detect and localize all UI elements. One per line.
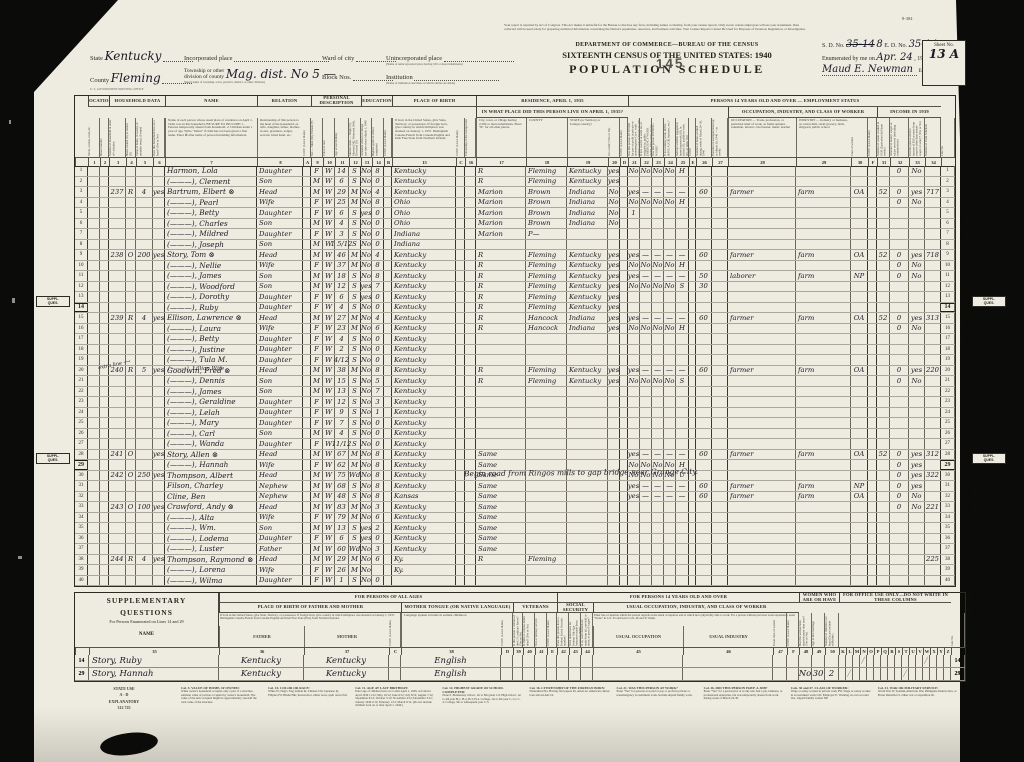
cell: No [608, 187, 620, 197]
cell [136, 481, 153, 491]
cell: S [349, 429, 361, 439]
cell [712, 502, 728, 512]
note-body: Enter age of children born on or after A… [355, 690, 435, 708]
cell [846, 655, 853, 667]
cell [728, 282, 796, 292]
cell [100, 166, 109, 176]
cell [796, 345, 851, 355]
cell [303, 334, 311, 344]
cell [136, 271, 153, 281]
cell: S [349, 219, 361, 229]
cell [303, 513, 311, 523]
cell: Kentucky [392, 187, 456, 197]
cell [728, 460, 796, 470]
cell [877, 565, 890, 575]
cell: Story, Ruby [89, 655, 219, 667]
cell [456, 240, 465, 250]
cell: No [361, 345, 372, 355]
cell [126, 240, 136, 250]
cell: — [640, 187, 652, 197]
column-number: D [620, 157, 628, 166]
cell [567, 492, 608, 502]
cell [136, 544, 153, 554]
cell [384, 555, 392, 565]
line-number: 21 [941, 376, 955, 386]
cell: F [311, 292, 323, 302]
cell [890, 240, 909, 250]
cell: F [311, 208, 323, 218]
cell: F [311, 324, 323, 334]
column-group-label: NAME [165, 96, 257, 107]
cell: No [361, 240, 372, 250]
cell: Fleming [526, 261, 567, 271]
cell [877, 229, 890, 239]
column-number: E [689, 157, 696, 166]
cell: Kentucky [392, 324, 456, 334]
supp-subband-label: USUAL OCCUPATION, INDUSTRY, AND CLASS OF… [593, 603, 799, 613]
cell [109, 292, 126, 302]
cell [88, 523, 100, 533]
line-number: 26 [941, 429, 955, 439]
cell [303, 439, 311, 449]
cell [888, 668, 895, 680]
cell [567, 355, 608, 365]
cell [153, 565, 165, 575]
cell [851, 198, 868, 208]
cell [890, 345, 909, 355]
cell [384, 387, 392, 397]
cell [384, 397, 392, 407]
cell [689, 555, 696, 565]
cell [640, 439, 652, 449]
column-group-label: PERSONS 14 YEARS OLD AND OVER — EMPLOYME… [628, 96, 941, 107]
cell: — [664, 271, 676, 281]
cell: F [311, 397, 323, 407]
column-number: 19 [567, 157, 608, 166]
cell [851, 219, 868, 229]
cell [664, 513, 676, 523]
column-description: Attended school or college any time sinc… [361, 118, 372, 157]
cell: 29 [75, 668, 89, 680]
cell: Wife [257, 565, 303, 575]
cell: yes [608, 177, 620, 187]
cell [136, 282, 153, 292]
cell: 12 [335, 282, 349, 292]
cell [593, 668, 683, 680]
cell [796, 261, 851, 271]
supp-column-number: 47 [773, 647, 787, 655]
cell [476, 240, 526, 250]
cell: Daughter [257, 408, 303, 418]
cell: No [628, 166, 640, 176]
cell: (———), Betty [165, 334, 257, 344]
column-number: 2 [100, 157, 109, 166]
population-schedule-table: LOCATIONHOUSEHOLD DATANAMERELATIONPERSON… [74, 95, 956, 587]
cell: 2 [825, 668, 839, 680]
cell [303, 313, 311, 323]
cell: yes [608, 250, 620, 260]
census-row: 12(———), WoodfordSonMW12Syes7KentuckyRFl… [75, 282, 955, 293]
cell [664, 544, 676, 554]
cell: 18 [335, 271, 349, 281]
cell: yes [909, 313, 925, 323]
cell [851, 544, 868, 554]
cell: R [476, 366, 526, 376]
cell: 26 [335, 565, 349, 575]
cell [620, 240, 628, 250]
cell [526, 450, 567, 460]
cell [712, 460, 728, 470]
cell [696, 387, 712, 397]
cell: (———), Justine [165, 345, 257, 355]
cell [728, 240, 796, 250]
cell: Cline, Ben [165, 492, 257, 502]
column-number: 34 [925, 157, 941, 166]
cell [88, 471, 100, 481]
cell: 2 [335, 345, 349, 355]
cell [640, 418, 652, 428]
cell: farmer [728, 492, 796, 502]
column-number: C [456, 157, 465, 166]
cell [608, 387, 620, 397]
supp-column-number: P [874, 647, 881, 655]
cell [712, 523, 728, 533]
cell: Kentucky [392, 450, 456, 460]
supp-column-number: T [902, 647, 909, 655]
cell: No [640, 166, 652, 176]
supp-column-number: 48 [799, 647, 812, 655]
line-number: 2 [941, 177, 955, 187]
cell: 2 [372, 523, 384, 533]
cell: O [126, 250, 136, 260]
line-number: 15 [75, 313, 88, 323]
cell [689, 229, 696, 239]
cell: Kentucky [567, 376, 608, 386]
cell [136, 355, 153, 365]
line-number: 21 [75, 376, 88, 386]
cell [384, 481, 392, 491]
cell [608, 418, 620, 428]
census-row: 35(———), Wm.SonMW13Syes2KentuckySame35 [75, 523, 955, 534]
cell [867, 655, 874, 667]
cell [608, 355, 620, 365]
cell [676, 355, 689, 365]
cell [384, 502, 392, 512]
column-description: CODE (Leave blank) [456, 118, 465, 157]
cell [608, 439, 620, 449]
cell [728, 334, 796, 344]
cell: 6 [372, 555, 384, 565]
cell [640, 387, 652, 397]
cell: Same [476, 492, 526, 502]
cell: ∕ [860, 655, 867, 667]
note-body: Naturalized Na. Having first papers Pa. … [529, 690, 609, 697]
cell [944, 668, 951, 680]
cell: O [126, 450, 136, 460]
cell [689, 481, 696, 491]
cell [868, 418, 877, 428]
cell [877, 366, 890, 376]
cell: Kentucky [304, 668, 389, 680]
cell [628, 576, 640, 586]
cell: Daughter [257, 355, 303, 365]
cell: Kentucky [392, 261, 456, 271]
supp-column-number: Q [881, 647, 888, 655]
cell [851, 397, 868, 407]
cell: Kentucky [567, 250, 608, 260]
explanatory-note: Col. 26. DID THIS PERSON HAVE A JOB?Ente… [704, 686, 784, 712]
supp-column-description: Usual class of worker [773, 613, 787, 647]
cell [389, 668, 401, 680]
cell: 239 [109, 313, 126, 323]
cell: Story, Tom ⊗ [165, 250, 257, 260]
supplementary-row: 29Story, HannahKentuckyKentuckyEnglishNo… [75, 668, 965, 681]
cell [640, 208, 652, 218]
cell [851, 240, 868, 250]
cell [136, 219, 153, 229]
cell [909, 345, 925, 355]
cell [567, 576, 608, 586]
cell: (———), Woodford [165, 282, 257, 292]
cell: Ohio [392, 198, 456, 208]
cell [925, 292, 941, 302]
cell [456, 502, 465, 512]
cell [88, 439, 100, 449]
cell [868, 397, 877, 407]
cell [136, 303, 153, 313]
state-value-handwritten: Kentucky [105, 49, 162, 63]
cell: 27 [335, 313, 349, 323]
cell [465, 576, 476, 586]
sd-value-handwritten: 8 [876, 39, 882, 50]
cell [868, 471, 877, 481]
cell: No [361, 366, 372, 376]
cell: yes [153, 450, 165, 460]
cell [877, 292, 890, 302]
cell: F [311, 576, 323, 586]
cell: (———), James [165, 271, 257, 281]
sd-struck-value: 35-14 [846, 39, 875, 50]
cell [153, 492, 165, 502]
supp-column-number: N [860, 647, 867, 655]
cell [465, 313, 476, 323]
cell [126, 166, 136, 176]
column-number: 20 [608, 157, 620, 166]
cell [664, 240, 676, 250]
cell: 13 [335, 387, 349, 397]
cell [88, 166, 100, 176]
cell [476, 334, 526, 344]
ed-label: E. D. No. [884, 43, 907, 49]
cell [689, 408, 696, 418]
cell: 37 [335, 261, 349, 271]
cell: OA [851, 313, 868, 323]
cell: No [664, 324, 676, 334]
cell [689, 334, 696, 344]
cell [909, 397, 925, 407]
cell [712, 534, 728, 544]
cell [303, 544, 311, 554]
cell: Kentucky [392, 345, 456, 355]
line-number: 10 [941, 261, 955, 271]
cell [136, 324, 153, 334]
cell [567, 450, 608, 460]
cell [126, 387, 136, 397]
cell: — [652, 271, 664, 281]
cell: farm [796, 250, 851, 260]
cell: 0 [372, 177, 384, 187]
cell [851, 439, 868, 449]
cell: yes [909, 250, 925, 260]
cell: Ky. [392, 565, 456, 575]
cell: M [311, 523, 323, 533]
column-group-label: RESIDENCE, APRIL 1, 1935 [476, 96, 628, 107]
census-row: 17(———), BettyDaughterFW4SNo0Kentucky17 [75, 334, 955, 345]
cell [109, 418, 126, 428]
cell: Kentucky [392, 303, 456, 313]
line-number: 18 [75, 345, 88, 355]
cell: 0 [372, 292, 384, 302]
cell [608, 229, 620, 239]
cell: Kentucky [392, 471, 456, 481]
cell [628, 219, 640, 229]
cell: 8 [372, 481, 384, 491]
cell: 52 [877, 187, 890, 197]
cell [712, 219, 728, 229]
cell: Head [257, 502, 303, 512]
supp-column-number: Y [937, 647, 944, 655]
cell [456, 576, 465, 586]
cell [126, 219, 136, 229]
cell: Kentucky [392, 355, 456, 365]
cell: yes [628, 492, 640, 502]
cell [456, 460, 465, 470]
cell: M [311, 366, 323, 376]
cell [100, 544, 109, 554]
cell [100, 250, 109, 260]
cell: S [349, 481, 361, 491]
cell [676, 576, 689, 586]
census-row: 10(———), NellieWifeFW37MNo8KentuckyRFlem… [75, 261, 955, 272]
cell: Daughter [257, 166, 303, 176]
cell [868, 313, 877, 323]
cell [877, 219, 890, 229]
column-description: On a farm? (Yes or No) [608, 118, 620, 157]
cell: S [349, 418, 361, 428]
cell [890, 523, 909, 533]
cell: 200 [136, 250, 153, 260]
cell: Fleming [526, 177, 567, 187]
cell [696, 261, 712, 271]
cell [712, 166, 728, 176]
cell [796, 240, 851, 250]
cell [456, 439, 465, 449]
column-description: INDUSTRY — Industry or business, as cott… [796, 118, 851, 157]
cell: 1 [372, 408, 384, 418]
cell: 3 [372, 397, 384, 407]
cell: yes [361, 292, 372, 302]
cell [664, 565, 676, 575]
cell: yes [909, 460, 925, 470]
column-number: A [303, 157, 311, 166]
cell: yes [628, 481, 640, 491]
column-description: Number of Farm Schedule [925, 118, 941, 157]
cell [712, 303, 728, 313]
cell [877, 387, 890, 397]
cell [303, 303, 311, 313]
census-sheet: Your report is required by Act of Congre… [34, 0, 960, 762]
cell: 0 [890, 492, 909, 502]
cell: No [361, 271, 372, 281]
cell [696, 334, 712, 344]
supp-column-description: Number of children ever born (Do not inc… [825, 613, 839, 647]
cell: 5 [372, 376, 384, 386]
cell: Kentucky [304, 655, 389, 667]
cell [136, 208, 153, 218]
column-description: Was this person AT WORK for pay or profi… [628, 118, 640, 157]
column-description: Name of each person whose usual place of… [165, 118, 257, 157]
cell: Kentucky [392, 408, 456, 418]
census-row: 13(———), DorothyDaughterFW6Syes0Kentucky… [75, 292, 955, 303]
cell: S [676, 376, 689, 386]
cell [384, 219, 392, 229]
cell [689, 523, 696, 533]
cell [868, 450, 877, 460]
cell [303, 229, 311, 239]
cell [909, 229, 925, 239]
cell [109, 261, 126, 271]
cell: W [323, 534, 335, 544]
cell [851, 229, 868, 239]
supp-title-line2: QUESTIONS [75, 608, 218, 617]
cell [689, 418, 696, 428]
cell [465, 387, 476, 397]
cell: — [664, 187, 676, 197]
cell: W [323, 450, 335, 460]
cell: R [476, 271, 526, 281]
cell [88, 324, 100, 334]
cell [628, 355, 640, 365]
column-number: 28 [728, 157, 796, 166]
cell [88, 229, 100, 239]
cell: No [361, 460, 372, 470]
cell: 29 [335, 187, 349, 197]
cell [890, 576, 909, 586]
census-row: 5(———), BettyDaughterFW6Syes0OhioMarionB… [75, 208, 955, 219]
cell: 60 [696, 481, 712, 491]
cell [868, 534, 877, 544]
cell [567, 439, 608, 449]
cell [526, 240, 567, 250]
line-number: 17 [941, 334, 955, 344]
cell: Same [476, 534, 526, 544]
cell [109, 219, 126, 229]
cell: ∕ [923, 655, 930, 667]
cell [456, 261, 465, 271]
cell: farm [796, 313, 851, 323]
cell [384, 355, 392, 365]
cell: 4 [335, 429, 349, 439]
note-body: Wage or salary worker in private work PW… [791, 690, 871, 701]
column-description: CODE (Leave blank) [303, 118, 311, 157]
cell: Same [476, 450, 526, 460]
cell [567, 334, 608, 344]
cell: yes [608, 166, 620, 176]
cell: Kentucky [392, 429, 456, 439]
cell [88, 534, 100, 544]
census-row: 1Harmon, LolaDaughterFW14SNo8KentuckyRFl… [75, 166, 955, 177]
cell: yes [608, 313, 620, 323]
